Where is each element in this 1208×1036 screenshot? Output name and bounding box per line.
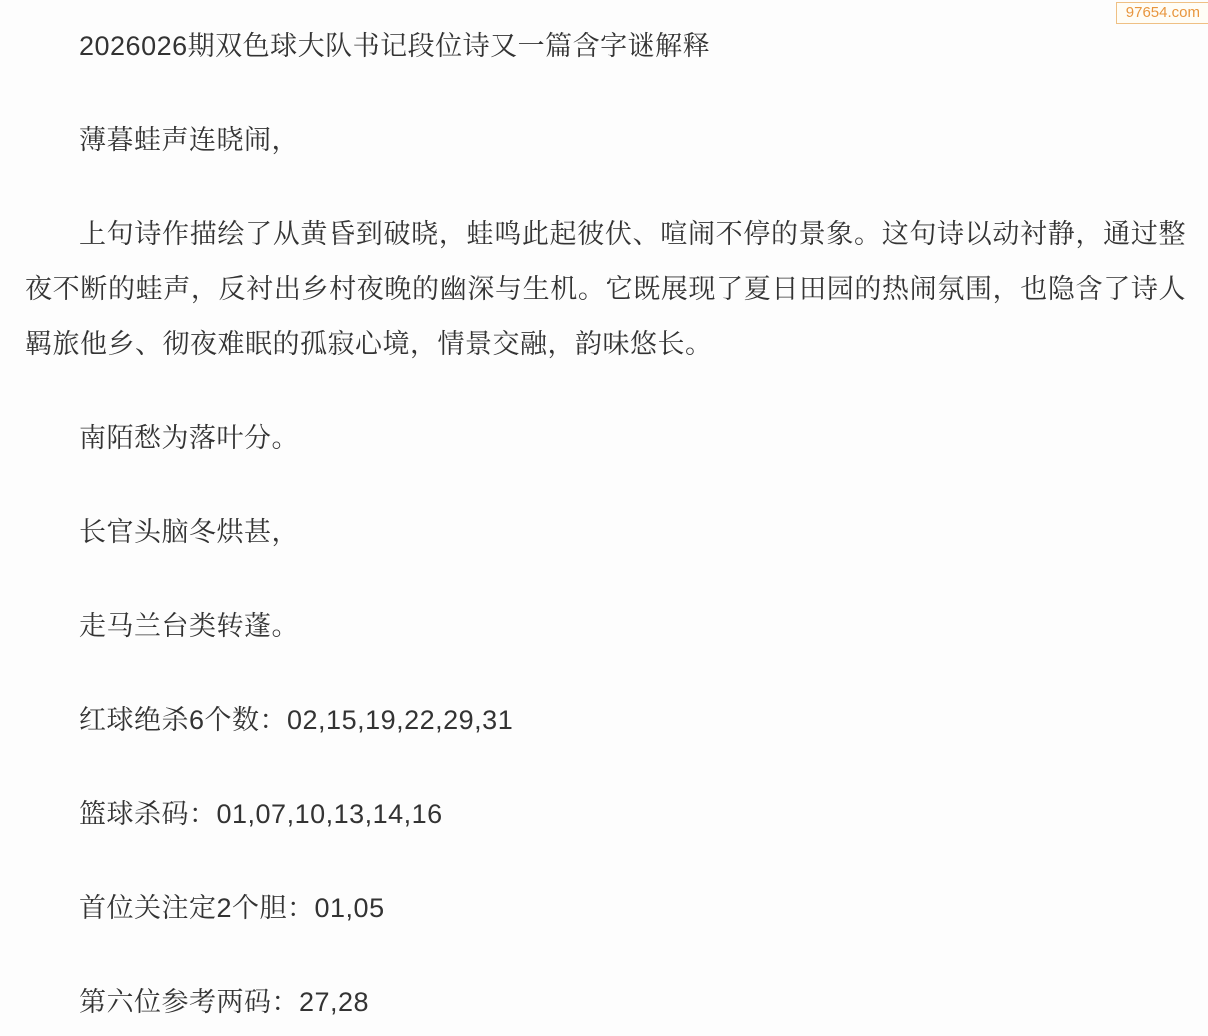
paragraph: 长官头脑冬烘甚，	[25, 505, 1186, 560]
paragraph: 走马兰台类转蓬。	[25, 599, 1186, 654]
paragraph: 篮球杀码：01,07,10,13,14,16	[25, 787, 1186, 842]
paragraph: 南陌愁为落叶分。	[25, 411, 1186, 466]
article-body: 薄暮蛙声连晓闹，上句诗作描绘了从黄昏到破晓，蛙鸣此起彼伏、喧闹不停的景象。这句诗…	[25, 113, 1186, 1030]
paragraph: 红球绝杀6个数：02,15,19,22,29,31	[25, 693, 1186, 748]
paragraph: 薄暮蛙声连晓闹，	[25, 113, 1186, 168]
paragraph: 第六位参考两码：27,28	[25, 975, 1186, 1030]
article: 2026026期双色球大队书记段位诗又一篇含字谜解释 薄暮蛙声连晓闹，上句诗作描…	[0, 19, 1208, 1030]
paragraph: 首位关注定2个胆：01,05	[25, 881, 1186, 936]
paragraph: 上句诗作描绘了从黄昏到破晓，蛙鸣此起彼伏、喧闹不停的景象。这句诗以动衬静，通过整…	[25, 207, 1186, 372]
site-watermark: 97654.com	[1116, 2, 1208, 24]
article-title: 2026026期双色球大队书记段位诗又一篇含字谜解释	[25, 19, 1186, 74]
